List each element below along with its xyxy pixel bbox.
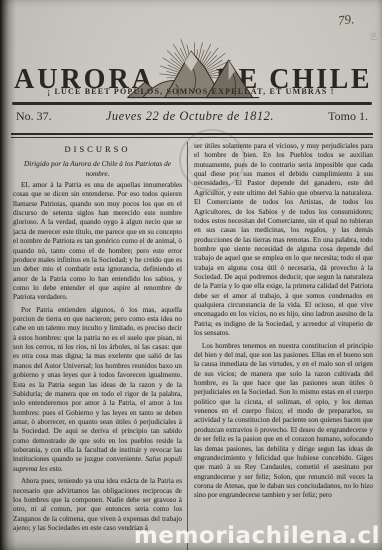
article-body: DISCURSO Dirigido por la Aurora de Chile… xyxy=(13,142,373,550)
left-column: DISCURSO Dirigido por la Aurora de Chile… xyxy=(13,142,187,550)
paragraph: EL amor à la Patria es una de aquellas i… xyxy=(13,181,182,303)
dateline: No. 37. Jueves 22 de Octubre de 1812. To… xyxy=(16,109,368,124)
issue-number: No. 37. xyxy=(16,109,52,124)
right-column: ser útiles solamente para el vicioso, y … xyxy=(188,142,373,550)
rule-under-dateline-thick xyxy=(11,133,373,135)
article-heading: DISCURSO xyxy=(13,144,182,155)
paragraph-text: Por Patria entienden algunos, ó los mas,… xyxy=(13,306,182,464)
paragraph: ser útiles solamente para el vicioso, y … xyxy=(194,142,373,339)
paragraph: Los hombres tenemos en nuestra constituc… xyxy=(194,342,373,501)
handwritten-folio-number: 79. xyxy=(337,11,355,29)
rule-under-motto xyxy=(12,102,372,105)
memoriachilena-watermark: memoriachilena.cl xyxy=(134,523,380,549)
masthead-motto: ¡ LUCE BEET POPULOS, SOMNOS EXPELLAT, ET… xyxy=(0,87,382,96)
issue-date: Jueves 22 de Octubre de 1812. xyxy=(106,109,274,124)
volume-number: Tomo 1. xyxy=(328,109,368,124)
paragraph: Por Patria entienden algunos, ó los mas,… xyxy=(13,306,182,474)
newspaper-page: 79. 91 AURORA DE CHILE ¡ LUCE BEET POPUL… xyxy=(0,0,382,550)
article-subtitle: Dirigido por la Aurora de Chile à los Pa… xyxy=(13,159,182,178)
rule-under-dateline-thin xyxy=(11,137,373,138)
